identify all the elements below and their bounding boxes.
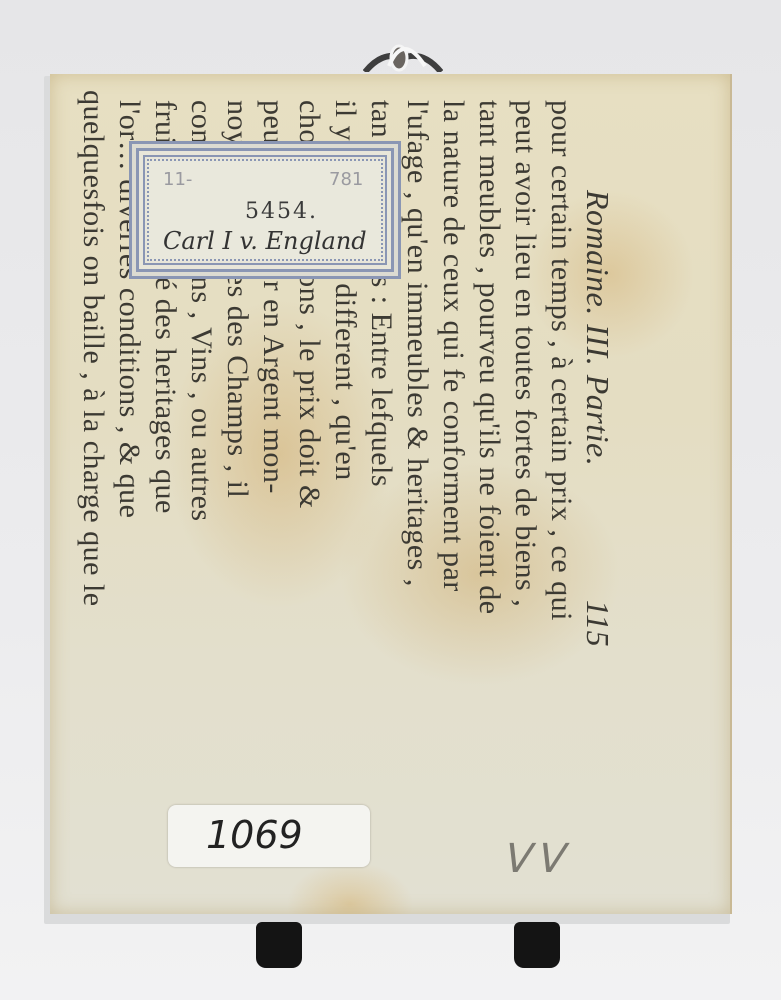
text-line: peut avoir lieu en toutes fortes de bien… (508, 100, 542, 607)
page-number: 115 (579, 600, 616, 647)
stand-foot-left (256, 922, 302, 968)
text-line: tant meubles , pourveu qu'ils ne foient … (472, 100, 506, 615)
text-line: pour certain temps , à certain prix , ce… (544, 100, 578, 621)
text-line: quelquesfois on baille , à la charge que… (76, 90, 110, 607)
pencil-note-left: 11- (163, 169, 192, 190)
handwritten-title: Carl I v. England (163, 227, 367, 255)
label-border: 11- 781 5454. Carl I v. England (147, 159, 383, 261)
pencil-mark: VV (499, 836, 578, 882)
collection-label: 11- 781 5454. Carl I v. England (136, 148, 394, 272)
inventory-number: 1069 (206, 813, 303, 857)
text-line: l'ufage , qu'en immeubles & heritages , (400, 100, 434, 587)
pencil-note-right: 781 (329, 169, 363, 190)
text-line: la nature de ceux qui fe conforment par (436, 100, 470, 592)
stand-foot-right (514, 922, 560, 968)
hanger-ring (363, 36, 443, 72)
page-heading: Romaine. III. Partie. (579, 190, 616, 466)
inventory-sticker: 1069 (168, 805, 370, 867)
stamp-number: 5454. (245, 199, 318, 224)
